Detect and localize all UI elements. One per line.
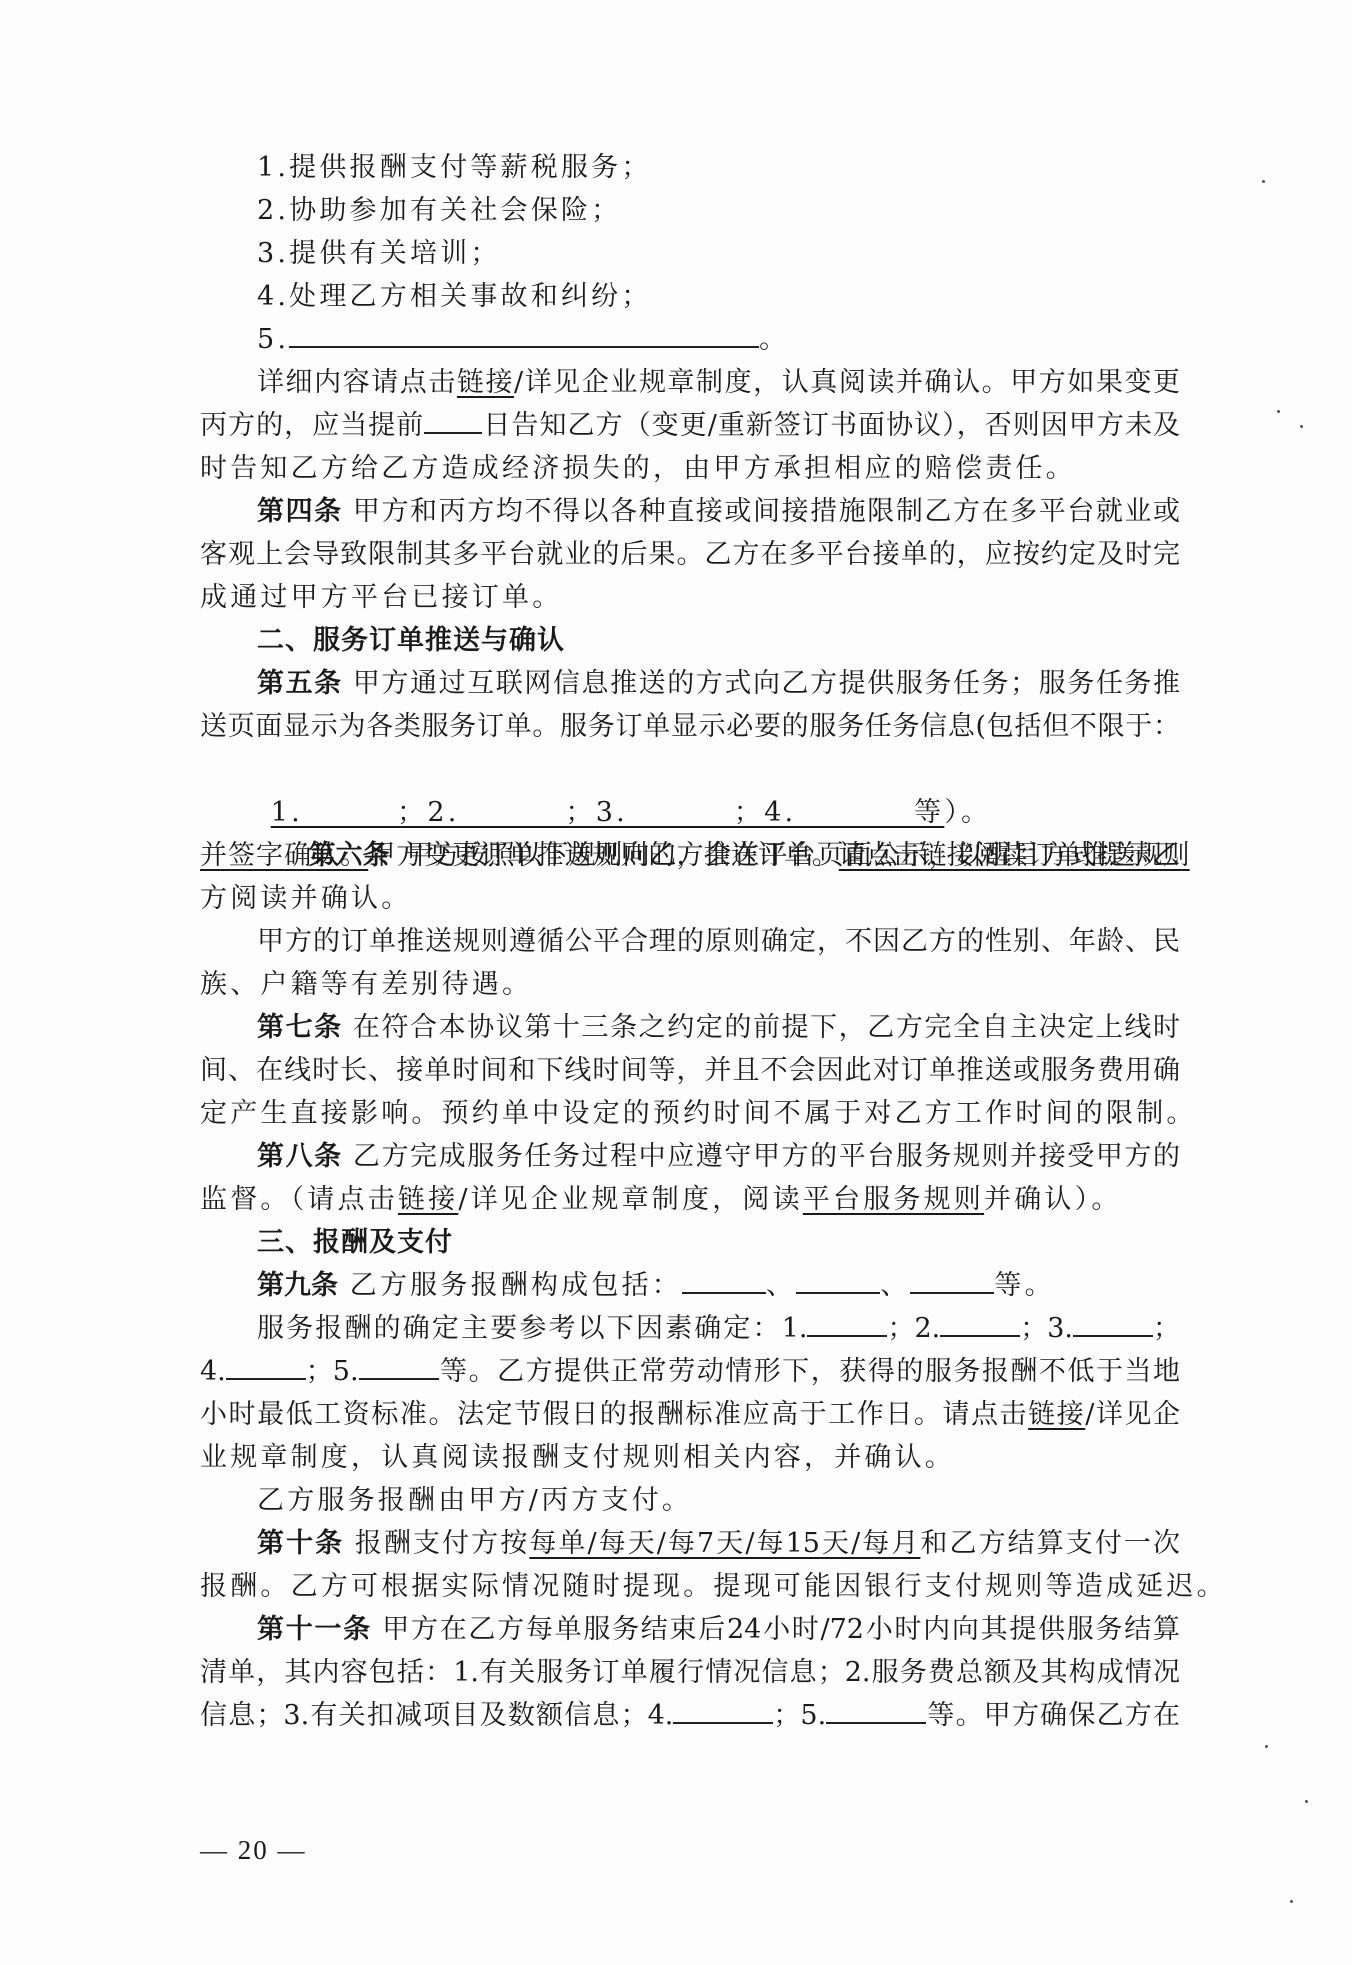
document-body: 1.提供报酬支付等薪税服务； 2.协助参加有关社会保险； 3.提供有关培训； 4… (200, 146, 1180, 1737)
fill-in-blank[interactable] (910, 1266, 994, 1294)
paragraph-fair: 甲方的订单推送规则遵循公平合理的原则确定，不因乙方的性别、年龄、民 (200, 920, 1180, 963)
fill-in-blank[interactable] (807, 1309, 887, 1337)
article-11: 第十一条 甲方在乙方每单服务结束后24小时/72小时内向其提供服务结算 (200, 1608, 1180, 1651)
paragraph-detail-line: 详细内容请点击链接/详见企业规章制度，认真阅读并确认。甲方如果变更 (200, 361, 1180, 404)
article-label: 第九条 (257, 1270, 338, 1301)
document-page: 1.提供报酬支付等薪税服务； 2.协助参加有关社会保险； 3.提供有关培训； 4… (0, 0, 1352, 1965)
list-item: 2.协助参加有关社会保险； (200, 189, 1180, 232)
fill-in-blank[interactable] (226, 1352, 306, 1380)
scan-speck (1262, 180, 1265, 183)
article-label: 第十条 (257, 1528, 344, 1559)
article-10-line: 报酬。乙方可根据实际情况随时提现。提现可能因银行支付规则等造成延迟。 (200, 1565, 1180, 1608)
link[interactable]: 并签字确认。 (200, 840, 368, 871)
article-5-line: 送页面显示为各类服务订单。服务订单显示必要的服务任务信息(包括但不限于： (200, 705, 1180, 748)
article-7: 第七条 在符合本协议第十三条之约定的前提下，乙方完全自主决定上线时 (200, 1006, 1180, 1049)
paragraph-factors-line: 4.；5.等。乙方提供正常劳动情形下，获得的服务报酬不低于当地 (200, 1350, 1180, 1393)
scan-speck (1277, 410, 1280, 413)
article-label: 第八条 (257, 1141, 343, 1172)
article-4-line: 客观上会导致限制其多平台就业的后果。乙方在多平台接单的，应按约定及时完 (200, 533, 1180, 576)
fill-in-blank[interactable] (673, 1696, 773, 1724)
fill-in-blank[interactable] (1073, 1309, 1153, 1337)
list-item: 3.提供有关培训； (200, 232, 1180, 275)
page-number: — 20 — (200, 1835, 307, 1866)
article-label: 第七条 (257, 1012, 343, 1043)
fill-in-blank[interactable] (826, 1696, 926, 1724)
article-7-line: 定产生直接影响。预约单中设定的预约时间不属于对乙方工作时间的限制。 (200, 1092, 1180, 1135)
scan-speck (1300, 425, 1303, 428)
article-8: 第八条 乙方完成服务任务过程中应遵守甲方的平台服务规则并接受甲方的 (200, 1135, 1180, 1178)
article-8-line: 监督。（请点击链接/详见企业规章制度，阅读平台服务规则并确认）。 (200, 1178, 1180, 1221)
fill-in-blank[interactable] (796, 1266, 880, 1294)
list-item: 1.提供报酬支付等薪税服务； (200, 146, 1180, 189)
fill-in-blank-days[interactable] (424, 406, 482, 434)
paragraph-detail-line: 丙方的，应当提前日告知乙方（变更/重新签订书面协议），否则因甲方未及 (200, 404, 1180, 447)
article-9: 第九条 乙方服务报酬构成包括：、、等。 (200, 1264, 1180, 1307)
article-10: 第十条 报酬支付方按每单/每天/每7天/每15天/每月和乙方结算支付一次 (200, 1522, 1180, 1565)
section-heading: 二、服务订单推送与确认 (200, 619, 1180, 662)
link[interactable]: 链接 (457, 367, 514, 398)
paragraph-factors: 服务报酬的确定主要参考以下因素确定：1.；2.；3.； (200, 1307, 1180, 1350)
link-platform-rules[interactable]: 平台服务规则 (803, 1184, 984, 1215)
article-label: 第十一条 (257, 1614, 372, 1645)
paragraph-detail-line: 时告知乙方给乙方造成经济损失的，由甲方承担相应的赔偿责任。 (200, 447, 1180, 490)
article-label: 第五条 (257, 668, 343, 699)
scan-speck (1305, 1800, 1308, 1803)
link[interactable]: 链接 (1028, 1399, 1085, 1430)
fill-in-blanks[interactable]: 1. ；2. ；3. ；4. 等 (271, 797, 945, 828)
article-label: 第四条 (257, 496, 343, 527)
fill-in-blank[interactable] (359, 1352, 439, 1380)
scan-speck (1265, 1745, 1268, 1748)
article-11-line: 清单，其内容包括：1.有关服务订单履行情况信息；2.服务费总额及其构成情况 (200, 1651, 1180, 1694)
list-item: 4.处理乙方相关事故和纠纷； (200, 275, 1180, 318)
list-item-blank: 5.。 (200, 318, 1180, 361)
paragraph-factors-line: 业规章制度，认真阅读报酬支付规则相关内容，并确认。 (200, 1436, 1180, 1479)
fill-in-blank[interactable] (682, 1266, 766, 1294)
article-5: 第五条 甲方通过互联网信息推送的方式向乙方提供服务任务；服务任务推 (200, 662, 1180, 705)
paragraph-fair-line: 族、户籍等有差别待遇。 (200, 963, 1180, 1006)
article-6-line: 并签字确认。甲方变更订单推送规则的，会在平台页面公示，以醒目方式提示乙 (200, 834, 1180, 877)
link[interactable]: 链接 (398, 1184, 458, 1215)
scan-speck (1290, 1900, 1293, 1903)
paragraph-factors-line: 小时最低工资标准。法定节假日的报酬标准应高于工作日。请点击链接/详见企 (200, 1393, 1180, 1436)
fill-in-blank[interactable] (940, 1309, 1020, 1337)
article-4-line: 成通过甲方平台已接订单。 (200, 576, 1180, 619)
article-7-line: 间、在线时长、接单时间和下线时间等，并且不会因此对订单推送或服务费用确 (200, 1049, 1180, 1092)
payment-frequency-options[interactable]: 每单/每天/每7天/每15天/每月 (529, 1528, 920, 1559)
paragraph-payer: 乙方服务报酬由甲方/丙方支付。 (200, 1479, 1180, 1522)
article-4: 第四条 甲方和丙方均不得以各种直接或间接措施限制乙方在多平台就业或 (200, 490, 1180, 533)
article-11-line: 信息；3.有关扣减项目及数额信息；4.；5.等。甲方确保乙方在 (200, 1694, 1180, 1737)
article-5-line: 1. ；2. ；3. ；4. 等）。 (200, 748, 1180, 791)
section-heading: 三、报酬及支付 (200, 1221, 1180, 1264)
fill-in-blank[interactable] (289, 320, 759, 348)
